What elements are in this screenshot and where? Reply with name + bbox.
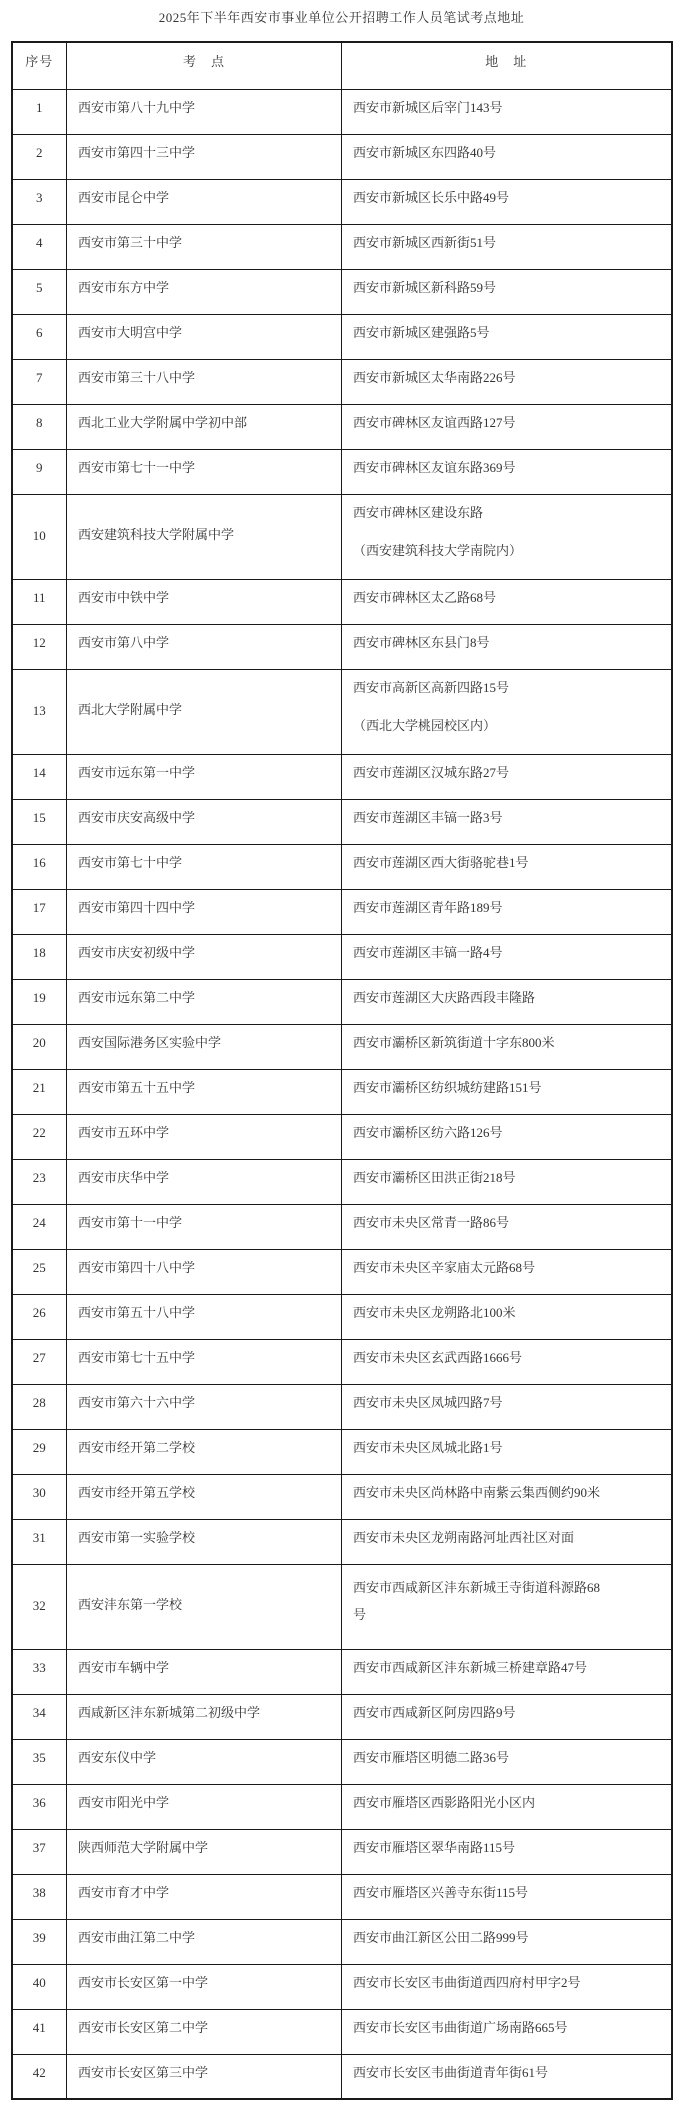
cell-index: 28 (12, 1384, 67, 1429)
address-line: 西安市新城区后宰门143号 (353, 99, 663, 118)
address-line: 西安市碑林区东县门8号 (353, 634, 663, 653)
cell-address: 西安市新城区太华南路226号 (342, 359, 672, 404)
address-line: 西安市曲江新区公田二路999号 (353, 1929, 663, 1948)
address-line: 西安市莲湖区丰镐一路4号 (353, 944, 663, 963)
table-row: 35西安东仪中学西安市雁塔区明德二路36号 (12, 1739, 672, 1784)
address-line: 西安市灞桥区纺六路126号 (353, 1124, 663, 1143)
cell-site: 西安市第三十八中学 (67, 359, 342, 404)
cell-address: 西安市未央区龙朔路北100米 (342, 1294, 672, 1339)
cell-index: 10 (12, 494, 67, 579)
address-line: 西安市雁塔区翠华南路115号 (353, 1839, 663, 1858)
table-row: 18西安市庆安初级中学西安市莲湖区丰镐一路4号 (12, 934, 672, 979)
cell-address: 西安市雁塔区西影路阳光小区内 (342, 1784, 672, 1829)
table-row: 8西北工业大学附属中学初中部西安市碑林区友谊西路127号 (12, 404, 672, 449)
address-line: 西安市新城区建强路5号 (353, 324, 663, 343)
address-line: 西安市未央区常青一路86号 (353, 1214, 663, 1233)
cell-site: 西安市远东第二中学 (67, 979, 342, 1024)
table-row: 37陕西师范大学附属中学西安市雁塔区翠华南路115号 (12, 1829, 672, 1874)
table-row: 22西安市五环中学西安市灞桥区纺六路126号 (12, 1114, 672, 1159)
cell-index: 41 (12, 2009, 67, 2054)
header-index: 序号 (12, 42, 67, 89)
table-row: 13西北大学附属中学西安市高新区高新四路15号（西北大学桃园校区内） (12, 669, 672, 754)
cell-index: 3 (12, 179, 67, 224)
cell-site: 西北大学附属中学 (67, 669, 342, 754)
address-line: 西安市新城区太华南路226号 (353, 369, 663, 388)
cell-site: 西安市大明宫中学 (67, 314, 342, 359)
table-row: 36西安市阳光中学西安市雁塔区西影路阳光小区内 (12, 1784, 672, 1829)
cell-site: 西安市第五十五中学 (67, 1069, 342, 1114)
cell-index: 34 (12, 1694, 67, 1739)
address-line: 西安市雁塔区西影路阳光小区内 (353, 1794, 663, 1813)
cell-site: 西安市第七十一中学 (67, 449, 342, 494)
table-row: 34西咸新区沣东新城第二初级中学西安市西咸新区阿房四路9号 (12, 1694, 672, 1739)
cell-index: 15 (12, 799, 67, 844)
table-row: 21西安市第五十五中学西安市灞桥区纺织城纺建路151号 (12, 1069, 672, 1114)
address-line: 西安市长安区韦曲街道广场南路665号 (353, 2019, 663, 2038)
cell-site: 陕西师范大学附属中学 (67, 1829, 342, 1874)
cell-index: 11 (12, 579, 67, 624)
address-line: 西安市莲湖区西大街骆驼巷1号 (353, 854, 663, 873)
table-row: 9西安市第七十一中学西安市碑林区友谊东路369号 (12, 449, 672, 494)
cell-site: 西安市远东第一中学 (67, 754, 342, 799)
cell-index: 22 (12, 1114, 67, 1159)
cell-site: 西安市昆仑中学 (67, 179, 342, 224)
table-row: 5西安市东方中学西安市新城区新科路59号 (12, 269, 672, 314)
address-line: 西安市雁塔区明德二路36号 (353, 1749, 663, 1768)
address-line: 西安市高新区高新四路15号 (353, 679, 663, 698)
cell-index: 24 (12, 1204, 67, 1249)
address-line: 西安市碑林区友谊东路369号 (353, 459, 663, 478)
cell-index: 2 (12, 134, 67, 179)
cell-site: 西北工业大学附属中学初中部 (67, 404, 342, 449)
cell-address: 西安市西咸新区阿房四路9号 (342, 1694, 672, 1739)
table-row: 39西安市曲江第二中学西安市曲江新区公田二路999号 (12, 1919, 672, 1964)
cell-index: 21 (12, 1069, 67, 1114)
cell-address: 西安市未央区龙朔南路河址西社区对面 (342, 1519, 672, 1564)
cell-site: 西安市长安区第三中学 (67, 2054, 342, 2099)
address-line: 西安市未央区辛家庙太元路68号 (353, 1259, 663, 1278)
cell-address: 西安市莲湖区丰镐一路3号 (342, 799, 672, 844)
address-line: 西安市长安区韦曲街道青年街61号 (353, 2064, 663, 2083)
cell-address: 西安市新城区长乐中路49号 (342, 179, 672, 224)
address-line: 西安市西咸新区沣东新城三桥建章路47号 (353, 1659, 663, 1678)
table-row: 7西安市第三十八中学西安市新城区太华南路226号 (12, 359, 672, 404)
cell-index: 1 (12, 89, 67, 134)
cell-index: 31 (12, 1519, 67, 1564)
cell-address: 西安市未央区凤城北路1号 (342, 1429, 672, 1474)
table-row: 6西安市大明宫中学西安市新城区建强路5号 (12, 314, 672, 359)
address-line: 西安市灞桥区纺织城纺建路151号 (353, 1079, 663, 1098)
table-row: 24西安市第十一中学西安市未央区常青一路86号 (12, 1204, 672, 1249)
cell-address: 西安市西咸新区沣东新城王寺街道科源路68号 (342, 1564, 672, 1649)
cell-address: 西安市曲江新区公田二路999号 (342, 1919, 672, 1964)
exam-sites-table: 序号 考 点 地 址 1西安市第八十九中学西安市新城区后宰门143号2西安市第四… (11, 41, 673, 2100)
cell-address: 西安市碑林区友谊东路369号 (342, 449, 672, 494)
cell-site: 西安市长安区第一中学 (67, 1964, 342, 2009)
cell-address: 西安市碑林区友谊西路127号 (342, 404, 672, 449)
cell-index: 13 (12, 669, 67, 754)
cell-index: 4 (12, 224, 67, 269)
cell-address: 西安市高新区高新四路15号（西北大学桃园校区内） (342, 669, 672, 754)
table-row: 40西安市长安区第一中学西安市长安区韦曲街道西四府村甲字2号 (12, 1964, 672, 2009)
cell-address: 西安市新城区后宰门143号 (342, 89, 672, 134)
address-line: 西安市未央区尚林路中南紫云集西侧约90米 (353, 1484, 663, 1503)
cell-address: 西安市未央区辛家庙太元路68号 (342, 1249, 672, 1294)
cell-address: 西安市灞桥区新筑街道十字东800米 (342, 1024, 672, 1069)
table-row: 41西安市长安区第二中学西安市长安区韦曲街道广场南路665号 (12, 2009, 672, 2054)
cell-address: 西安市碑林区东县门8号 (342, 624, 672, 669)
cell-address: 西安市莲湖区青年路189号 (342, 889, 672, 934)
cell-index: 33 (12, 1649, 67, 1694)
address-line: 西安市新城区长乐中路49号 (353, 189, 663, 208)
cell-address: 西安市未央区玄武西路1666号 (342, 1339, 672, 1384)
cell-address: 西安市未央区凤城四路7号 (342, 1384, 672, 1429)
address-line: 西安市碑林区友谊西路127号 (353, 414, 663, 433)
table-row: 10西安建筑科技大学附属中学西安市碑林区建设东路（西安建筑科技大学南院内） (12, 494, 672, 579)
cell-site: 西安市第十一中学 (67, 1204, 342, 1249)
cell-index: 38 (12, 1874, 67, 1919)
cell-index: 20 (12, 1024, 67, 1069)
cell-site: 西咸新区沣东新城第二初级中学 (67, 1694, 342, 1739)
cell-site: 西安市第四十八中学 (67, 1249, 342, 1294)
address-line: 西安市未央区龙朔路北100米 (353, 1304, 663, 1323)
cell-index: 9 (12, 449, 67, 494)
cell-index: 32 (12, 1564, 67, 1649)
cell-index: 14 (12, 754, 67, 799)
table-row: 20西安国际港务区实验中学西安市灞桥区新筑街道十字东800米 (12, 1024, 672, 1069)
cell-site: 西安市第三十中学 (67, 224, 342, 269)
address-line: 西安市灞桥区田洪正街218号 (353, 1169, 663, 1188)
address-line: 西安市长安区韦曲街道西四府村甲字2号 (353, 1974, 663, 1993)
address-line: 西安市碑林区太乙路68号 (353, 589, 663, 608)
table-row: 29西安市经开第二学校西安市未央区凤城北路1号 (12, 1429, 672, 1474)
table-row: 12西安市第八中学西安市碑林区东县门8号 (12, 624, 672, 669)
cell-index: 27 (12, 1339, 67, 1384)
table-row: 42西安市长安区第三中学西安市长安区韦曲街道青年街61号 (12, 2054, 672, 2099)
cell-address: 西安市雁塔区翠华南路115号 (342, 1829, 672, 1874)
address-line: 西安市莲湖区大庆路西段丰隆路 (353, 989, 663, 1008)
cell-site: 西安市第五十八中学 (67, 1294, 342, 1339)
cell-address: 西安市莲湖区大庆路西段丰隆路 (342, 979, 672, 1024)
table-row: 1西安市第八十九中学西安市新城区后宰门143号 (12, 89, 672, 134)
table-row: 31西安市第一实验学校西安市未央区龙朔南路河址西社区对面 (12, 1519, 672, 1564)
cell-site: 西安东仪中学 (67, 1739, 342, 1784)
cell-index: 8 (12, 404, 67, 449)
cell-address: 西安市未央区常青一路86号 (342, 1204, 672, 1249)
cell-site: 西安沣东第一学校 (67, 1564, 342, 1649)
cell-address: 西安市碑林区建设东路（西安建筑科技大学南院内） (342, 494, 672, 579)
address-line: 西安市新城区东四路40号 (353, 144, 663, 163)
cell-address: 西安市雁塔区兴善寺东街115号 (342, 1874, 672, 1919)
table-row: 4西安市第三十中学西安市新城区西新街51号 (12, 224, 672, 269)
cell-index: 42 (12, 2054, 67, 2099)
table-row: 15西安市庆安高级中学西安市莲湖区丰镐一路3号 (12, 799, 672, 844)
address-line: 西安市莲湖区丰镐一路3号 (353, 809, 663, 828)
address-line: 西安市未央区玄武西路1666号 (353, 1349, 663, 1368)
cell-site: 西安市第七十中学 (67, 844, 342, 889)
cell-index: 29 (12, 1429, 67, 1474)
cell-site: 西安市第七十五中学 (67, 1339, 342, 1384)
cell-address: 西安市灞桥区纺织城纺建路151号 (342, 1069, 672, 1114)
table-row: 3西安市昆仑中学西安市新城区长乐中路49号 (12, 179, 672, 224)
cell-site: 西安建筑科技大学附属中学 (67, 494, 342, 579)
table-row: 2西安市第四十三中学西安市新城区东四路40号 (12, 134, 672, 179)
table-row: 38西安市育才中学西安市雁塔区兴善寺东街115号 (12, 1874, 672, 1919)
table-row: 11西安市中铁中学西安市碑林区太乙路68号 (12, 579, 672, 624)
table-row: 19西安市远东第二中学西安市莲湖区大庆路西段丰隆路 (12, 979, 672, 1024)
cell-site: 西安市育才中学 (67, 1874, 342, 1919)
header-site: 考 点 (67, 42, 342, 89)
address-line: 西安市莲湖区青年路189号 (353, 899, 663, 918)
cell-address: 西安市雁塔区明德二路36号 (342, 1739, 672, 1784)
cell-address: 西安市灞桥区纺六路126号 (342, 1114, 672, 1159)
cell-address: 西安市西咸新区沣东新城三桥建章路47号 (342, 1649, 672, 1694)
address-line: 西安市莲湖区汉城东路27号 (353, 764, 663, 783)
cell-index: 25 (12, 1249, 67, 1294)
cell-address: 西安市长安区韦曲街道青年街61号 (342, 2054, 672, 2099)
cell-address: 西安市长安区韦曲街道西四府村甲字2号 (342, 1964, 672, 2009)
cell-site: 西安市东方中学 (67, 269, 342, 314)
cell-address: 西安市莲湖区西大街骆驼巷1号 (342, 844, 672, 889)
address-line: 西安市未央区凤城北路1号 (353, 1439, 663, 1458)
table-row: 27西安市第七十五中学西安市未央区玄武西路1666号 (12, 1339, 672, 1384)
address-line-2: （西北大学桃园校区内） (353, 717, 663, 736)
cell-site: 西安市经开第二学校 (67, 1429, 342, 1474)
cell-index: 17 (12, 889, 67, 934)
cell-site: 西安市第一实验学校 (67, 1519, 342, 1564)
address-line: 西安市未央区凤城四路7号 (353, 1394, 663, 1413)
table-row: 30西安市经开第五学校西安市未央区尚林路中南紫云集西侧约90米 (12, 1474, 672, 1519)
cell-site: 西安市庆华中学 (67, 1159, 342, 1204)
cell-address: 西安市新城区建强路5号 (342, 314, 672, 359)
cell-site: 西安市第八十九中学 (67, 89, 342, 134)
cell-index: 26 (12, 1294, 67, 1339)
address-line-2: （西安建筑科技大学南院内） (353, 542, 663, 561)
cell-site: 西安市经开第五学校 (67, 1474, 342, 1519)
cell-index: 12 (12, 624, 67, 669)
cell-address: 西安市新城区西新街51号 (342, 224, 672, 269)
cell-site: 西安市第六十六中学 (67, 1384, 342, 1429)
page-title: 2025年下半年西安市事业单位公开招聘工作人员笔试考点地址 (0, 7, 683, 26)
cell-address: 西安市碑林区太乙路68号 (342, 579, 672, 624)
header-address: 地 址 (342, 42, 672, 89)
cell-index: 36 (12, 1784, 67, 1829)
address-line: 西安市西咸新区沣东新城王寺街道科源路68号 (353, 1574, 603, 1629)
cell-site: 西安市曲江第二中学 (67, 1919, 342, 1964)
address-line: 西安市西咸新区阿房四路9号 (353, 1704, 663, 1723)
table-row: 23西安市庆华中学西安市灞桥区田洪正街218号 (12, 1159, 672, 1204)
cell-site: 西安市庆安高级中学 (67, 799, 342, 844)
cell-index: 40 (12, 1964, 67, 2009)
document-page: 2025年下半年西安市事业单位公开招聘工作人员笔试考点地址 序号 考 点 地 址… (0, 0, 683, 2100)
cell-site: 西安市第四十三中学 (67, 134, 342, 179)
table-row: 33西安市车辆中学西安市西咸新区沣东新城三桥建章路47号 (12, 1649, 672, 1694)
cell-address: 西安市新城区东四路40号 (342, 134, 672, 179)
address-line: 西安市未央区龙朔南路河址西社区对面 (353, 1529, 663, 1548)
cell-index: 6 (12, 314, 67, 359)
cell-index: 30 (12, 1474, 67, 1519)
cell-site: 西安市车辆中学 (67, 1649, 342, 1694)
cell-address: 西安市灞桥区田洪正街218号 (342, 1159, 672, 1204)
cell-index: 5 (12, 269, 67, 314)
table-row: 17西安市第四十四中学西安市莲湖区青年路189号 (12, 889, 672, 934)
table-row: 14西安市远东第一中学西安市莲湖区汉城东路27号 (12, 754, 672, 799)
table-body: 1西安市第八十九中学西安市新城区后宰门143号2西安市第四十三中学西安市新城区东… (12, 89, 672, 2099)
address-line: 西安市灞桥区新筑街道十字东800米 (353, 1034, 663, 1053)
cell-index: 35 (12, 1739, 67, 1784)
cell-site: 西安市阳光中学 (67, 1784, 342, 1829)
cell-site: 西安国际港务区实验中学 (67, 1024, 342, 1069)
cell-address: 西安市莲湖区丰镐一路4号 (342, 934, 672, 979)
cell-site: 西安市五环中学 (67, 1114, 342, 1159)
cell-site: 西安市第八中学 (67, 624, 342, 669)
address-line: 西安市新城区西新街51号 (353, 234, 663, 253)
cell-index: 18 (12, 934, 67, 979)
cell-index: 19 (12, 979, 67, 1024)
table-row: 16西安市第七十中学西安市莲湖区西大街骆驼巷1号 (12, 844, 672, 889)
table-row: 32西安沣东第一学校西安市西咸新区沣东新城王寺街道科源路68号 (12, 1564, 672, 1649)
address-line: 西安市新城区新科路59号 (353, 279, 663, 298)
table-row: 25西安市第四十八中学西安市未央区辛家庙太元路68号 (12, 1249, 672, 1294)
cell-index: 7 (12, 359, 67, 404)
address-line: 西安市雁塔区兴善寺东街115号 (353, 1884, 663, 1903)
cell-site: 西安市第四十四中学 (67, 889, 342, 934)
address-line: 西安市碑林区建设东路 (353, 504, 663, 523)
cell-site: 西安市庆安初级中学 (67, 934, 342, 979)
cell-site: 西安市中铁中学 (67, 579, 342, 624)
table-row: 28西安市第六十六中学西安市未央区凤城四路7号 (12, 1384, 672, 1429)
cell-address: 西安市未央区尚林路中南紫云集西侧约90米 (342, 1474, 672, 1519)
cell-index: 23 (12, 1159, 67, 1204)
cell-index: 39 (12, 1919, 67, 1964)
cell-site: 西安市长安区第二中学 (67, 2009, 342, 2054)
cell-address: 西安市长安区韦曲街道广场南路665号 (342, 2009, 672, 2054)
cell-index: 16 (12, 844, 67, 889)
table-row: 26西安市第五十八中学西安市未央区龙朔路北100米 (12, 1294, 672, 1339)
header-row: 序号 考 点 地 址 (12, 42, 672, 89)
cell-address: 西安市莲湖区汉城东路27号 (342, 754, 672, 799)
cell-address: 西安市新城区新科路59号 (342, 269, 672, 314)
cell-index: 37 (12, 1829, 67, 1874)
